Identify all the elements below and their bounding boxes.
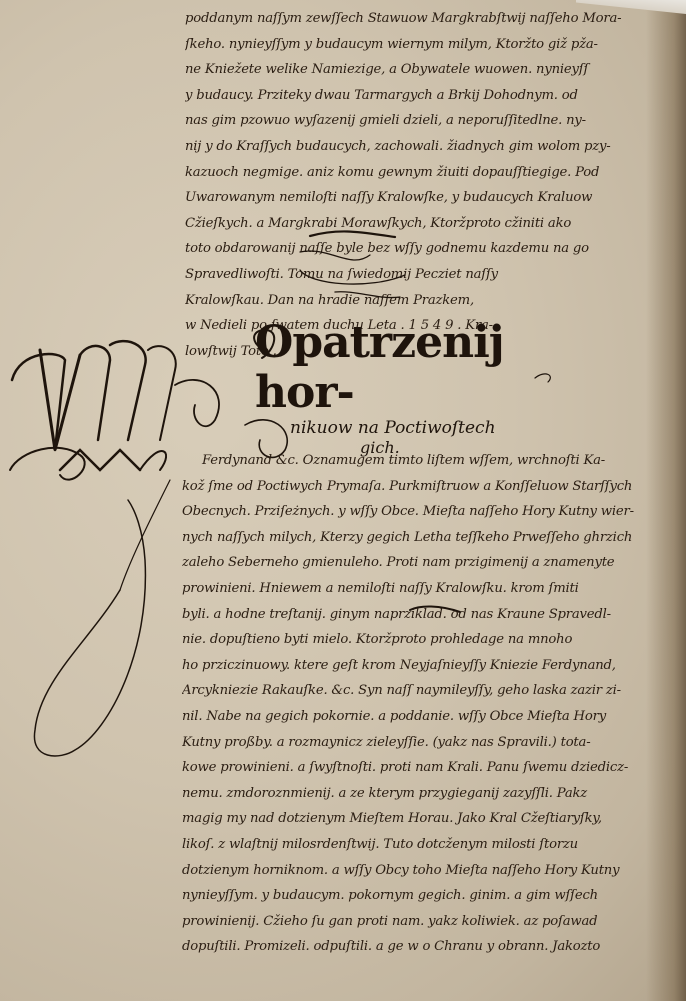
- main-text-block: Ferdynand &c. Oznamugem timto liſtem wſſ…: [182, 448, 657, 960]
- text-line: prowinienij. Cžieho ſu gan proti nam. ya…: [182, 909, 657, 935]
- text-line: dotzienym horniknom. a wſſy Obcy toho Mi…: [182, 858, 657, 884]
- text-line: Obecnych. Prziſeżnych. y wſſy Obce. Mieſ…: [182, 499, 657, 525]
- text-line: nynieyſſym. y budaucym. pokornym gegich.…: [182, 883, 657, 909]
- text-line: likoſ. z wlaſtnij milosrdenſtwij. Tuto d…: [182, 832, 657, 858]
- text-line: nemu. zmdoroznmienij. a ze kterym przygi…: [182, 781, 657, 807]
- text-line: nych naſſych milych, Kterzy gegich Letha…: [182, 525, 657, 551]
- text-line: Kutny proßby. a rozmaynicz zieleyſſie. (…: [182, 730, 657, 756]
- text-line: kowe prowinieni. a ſwyſtnoſti. proti nam…: [182, 755, 657, 781]
- text-line: Ferdynand &c. Oznamugem timto liſtem wſſ…: [182, 448, 657, 474]
- text-line: magig my nad dotzienym Mieſtem Horau. Ja…: [182, 806, 657, 832]
- text-line: kož ſme od Poctiwych Prymaſa. Purkmiſtru…: [182, 474, 657, 500]
- text-line: dopuſtili. Promizeli. odpuſtili. a ge w …: [182, 934, 657, 960]
- text-line: nil. Nabe na gegich pokornie. a poddanie…: [182, 704, 657, 730]
- text-line: zaleho Seberneho gmienuleho. Proti nam p…: [182, 550, 657, 576]
- text-line: byli. a hodne treſtanij. ginym naprzikla…: [182, 602, 657, 628]
- text-line: ho prziczinuowy. ktere geſt krom Neyjaſn…: [182, 653, 657, 679]
- manuscript-page: poddanym naſſym zewſſech Stawuow Margkra…: [0, 0, 686, 1001]
- text-line: Arcykniezie Rakauſke. &c. Syn naſſ naymi…: [182, 678, 657, 704]
- text-line: nie. dopuſtieno byti mielo. Ktoržproto p…: [182, 627, 657, 653]
- text-line: prowinieni. Hniewem a nemiloſti naſſy Kr…: [182, 576, 657, 602]
